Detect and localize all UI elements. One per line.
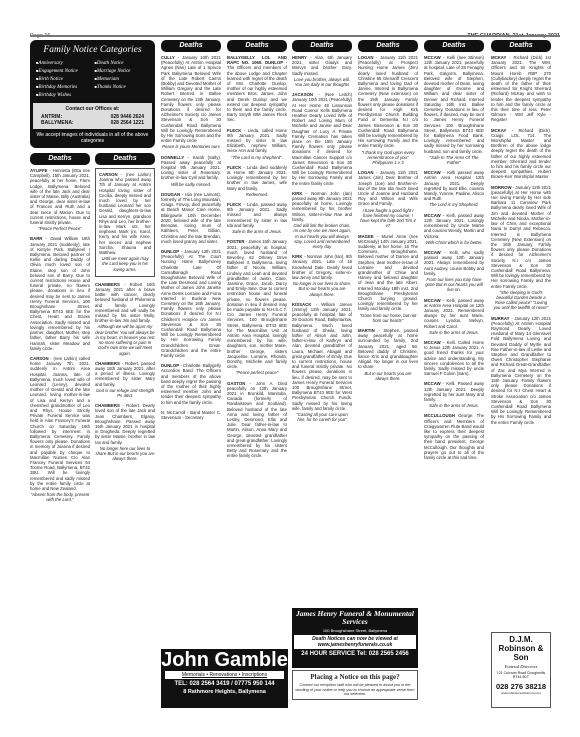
categories-list: Anniversary Death Notice Engagement Noti…	[33, 60, 152, 98]
notice-text: - January 11th 2021 (Peacefully) at Pros…	[358, 55, 418, 148]
notice-verse: I have fought a good fight I have finish…	[358, 208, 418, 229]
notice-verse: From our lives you may have gone But in …	[424, 277, 484, 293]
deaths-column-2: DeathsCARSON - (nee Larkin) Joanna who p…	[95, 153, 155, 613]
deaths-column-5: DeathsHENRY - Alan, 6th January 2021, si…	[292, 40, 352, 605]
notice-verse: Love you brother, always will. You are d…	[292, 77, 352, 87]
djm-website[interactable]: www.robinsonsofculcrum.com	[494, 691, 548, 695]
categories-footer: We accept images of individuals in all o…	[33, 132, 152, 144]
office-phone: 028 2564 1221	[111, 120, 144, 126]
gamble-phone: TEL: 028 2564 3419 / 07775 950 144	[161, 679, 288, 689]
death-notice: N. McCarroll - Band Master C. Stevenson …	[161, 410, 221, 420]
deaths-column-8: DeathsMCKAY - Richard (Dick) 1st January…	[491, 40, 551, 630]
deaths-header: Deaths	[30, 153, 90, 165]
deaths-header: Deaths	[491, 40, 551, 52]
death-notice: CHAMBERS - Robert, passed away 16th Janu…	[95, 361, 155, 398]
djm-phone: 028 276 38218	[494, 682, 548, 691]
placing-notice-box: Placing a Notice on this page? Contact o…	[292, 670, 418, 700]
notice-verse: Safe in the arms of Jesus.	[227, 229, 287, 234]
death-notice: MCKAY - Richard (Dick). Craigs LOL 714. …	[491, 128, 551, 180]
notice-verse: "Gone from our home, but not from our he…	[358, 313, 418, 323]
notice-text: - Isla (nee Lamont), formerly of The Lon…	[161, 192, 221, 244]
deaths-header: Deaths	[358, 40, 418, 52]
death-notice: MCCAW - Kelli, passed away 12th January …	[424, 213, 484, 245]
deaths-column-3: DeathsCULLY - January 10th 2021 (Peacefu…	[161, 40, 221, 640]
death-notice: DUNLOP - Charlotte. Ballygelly Accordion…	[161, 363, 221, 405]
notice-text: - January 10th 2021 (Peacefully) At Antr…	[161, 55, 221, 143]
notice-verse: Safe in the arms of Jesus.	[424, 330, 484, 335]
death-notice: MCCAW - Kelli passed away Antrim Area Ho…	[424, 170, 484, 207]
notice-text: - (nee Larkin) called home January 7th, …	[30, 356, 90, 491]
notice-verse: No longer here our lives to share But in…	[95, 446, 155, 462]
office-row: BALLYMENA:028 2564 1221	[41, 120, 144, 126]
death-notice: CARSON - (nee Larkin) called home Januar…	[30, 356, 90, 503]
notice-text: - Kelli (nee Stinson) 12th January 2021,…	[424, 55, 484, 154]
notice-text: - Charlotte. Ballygelly Accordion Band. …	[161, 363, 221, 404]
jh-website-line[interactable]: Death Notices can now be viewed at www.j…	[294, 635, 416, 649]
death-notice: AYLIFFE - Henrietta (Etta nee Campbell),…	[30, 168, 90, 231]
category-item: Memoriam	[95, 76, 150, 82]
notice-verse: No longer in our lives to share, But in …	[292, 281, 352, 297]
djm-sub: Funeral Directors	[494, 664, 548, 669]
office-name: BALLYMENA:	[41, 120, 74, 126]
category-item: Marriage Notice	[95, 68, 150, 74]
death-notice: DONNELLY - Sarah (Sally). Passed away pe…	[161, 155, 221, 187]
category-item: Birthday Memories	[36, 84, 91, 90]
deaths-column-4: DeathsBALLYGELLY LOL AND RAPC NO. 1060. …	[227, 40, 287, 640]
death-notice: CHAMBERS - Robert. Dearly loved son of t…	[95, 403, 155, 461]
notice-text: - January 12th 2021 (Peacefully) At Antr…	[491, 316, 551, 425]
categories-title: Family Notice Categories	[33, 45, 152, 55]
category-item: Thanks Notice	[95, 84, 150, 90]
death-notice: MCCULLOUGH George. The Officers and Memb…	[424, 413, 484, 460]
notice-verse: But in our hearts you are always there.	[358, 371, 418, 381]
notice-verse: "Peace Perfect Peace"	[30, 226, 90, 231]
death-notice: MARTIN - Stephen, passed away peacefully…	[358, 328, 418, 381]
notice-verse: Will be sadly missed.	[161, 182, 221, 187]
deaths-header: Deaths	[424, 40, 484, 52]
notice-text: - (Nee Leitch) January 10th 2021 (Peacef…	[292, 92, 352, 185]
notice-text: - Muriel Anne (nee McCready) 14th Januar…	[358, 234, 418, 312]
notice-text: - January 12th 2021 (peacefully) at Her …	[491, 185, 551, 289]
death-notice: FLECK - Linda, called Home 9th January 2…	[227, 128, 287, 160]
deaths-column-6: DeathsLOGAN - January 11th 2021 (Peacefu…	[358, 40, 418, 605]
placing-title: Placing a Notice on this page?	[295, 673, 415, 681]
notice-text: - Richard (Dick) 1st January 2021. The W…	[491, 55, 551, 122]
notice-verse: "Casting all your care upon him, for he …	[292, 412, 352, 422]
death-notice: MURRAY - January 12th 2021 (Peacefully) …	[491, 316, 551, 425]
death-notice: DOUGAN - Isla (nee Lamont), formerly of …	[161, 192, 221, 244]
notice-text: N. McCarroll - Band Master C. Stevenson …	[161, 410, 221, 420]
notice-verse: With Christ which is far better.	[424, 240, 484, 245]
death-notice: DUNLOP - January 13th 2021 (Peacefully) …	[161, 249, 221, 358]
death-notice: MAGEE - Muriel Anne (nee McCready) 14th …	[358, 234, 418, 323]
category-item: Death Notice	[95, 60, 150, 66]
notice-verse: God is our refuge and strength Ps 46v1	[95, 388, 155, 398]
notice-text: - James 16th January 2021, peacefully at…	[227, 239, 287, 369]
death-notice: MCCAW - Kelli. Called Home to Jesus 12th…	[424, 340, 484, 376]
death-notice: BALLYGELLY LOL AND RAPC NO. 1060. DUNLOP…	[227, 55, 287, 123]
john-gamble-ad: John Gamble Memorials • Renovations • In…	[161, 649, 288, 708]
djm-initials: D.J.M.	[494, 635, 548, 644]
death-notice: KISSACK - William James (Jimmy) 12th Jan…	[292, 302, 352, 423]
death-notice: MORROW - January 12th 2021 (peacefully) …	[491, 185, 551, 311]
notice-text: - William James (Jimmy) 12th January 202…	[292, 302, 352, 411]
notice-verse: The Lord is my Shepherd.	[424, 202, 484, 207]
notice-text: - Robert 16th January 2021 after a brave…	[95, 282, 155, 323]
death-notice: FLECK - Linda died suddenly at Home 9th …	[227, 165, 287, 197]
notice-text: - Kelli. Called Home to Jesus 12th Janua…	[424, 340, 484, 376]
notice-text: - (nee Larkin) Joanna who passed away 7t…	[99, 172, 151, 255]
notice-verse: Until we meet again may the Lord keep yo…	[99, 256, 151, 272]
notice-text: - David William 18th January 2021 (sudde…	[30, 236, 90, 350]
header-rule	[30, 35, 560, 37]
notice-verse: "Absent from the body, present with the …	[30, 492, 90, 502]
death-notice: JACKSON - (Nee Leitch) January 10th 2021…	[292, 92, 352, 186]
contact-title: Contact our Offices at:	[41, 106, 144, 112]
notice-verse: Peace is yours Memories ours	[161, 144, 221, 149]
death-notice: MCCAW - Kelli. Passed away 12th January …	[424, 381, 484, 408]
gamble-services: Memorials • Renovations • Inscriptions	[165, 671, 284, 679]
notice-verse: "I thank my God upon every remembrance o…	[358, 150, 418, 166]
death-notice: KIRK - Norman John (Ian), 8th January 20…	[292, 254, 352, 297]
james-henry-ad: James Henry Funeral & Monumental Service…	[292, 608, 418, 668]
djm-name: Robinson & Son	[494, 644, 548, 662]
notice-text: - John A. Died peacefully on 12th Januar…	[227, 381, 287, 459]
notice-name: BALLYGELLY LOL AND RAPC NO. 1060. DUNLOP	[227, 55, 287, 65]
death-notice: CHAMBERS - Robert 16th January 2021 afte…	[95, 282, 155, 356]
death-notice: LOGAN - January 11th 2021 (Peacefully) a…	[358, 55, 418, 165]
notice-text: - Norman John (Ian) passed away 8th Janu…	[292, 191, 352, 222]
djm-robinson-ad: D.J.M. Robinson & Son Funeral Directors …	[491, 632, 551, 708]
jh-address: 100 Broughshane Street, Ballymena	[292, 628, 418, 633]
gamble-name: John Gamble	[161, 649, 288, 671]
notice-verse: "Peace perfect peace"	[227, 370, 287, 375]
deaths-header: Deaths	[161, 40, 221, 52]
notice-verse: "She sleeping in God's beautiful Garden …	[491, 290, 551, 311]
category-item: Birthday Wishes	[36, 92, 91, 98]
death-notice: MCKAY - Richard (Dick) 1st January 2021.…	[491, 55, 551, 123]
death-notice: MCCAW - Kelli (nee Stinson) 12th January…	[424, 55, 484, 165]
death-notice: LOGAN - January 11th 2021 James (Jim) De…	[358, 170, 418, 228]
death-notice: BARR - David William 18th January 2021 (…	[30, 236, 90, 350]
notice-text: - January 11th 2021 James (Jim) Dear Bro…	[358, 170, 418, 206]
notice-verse: "The Lord is my shepherd".	[227, 155, 287, 160]
contact-box: Contact our Offices at: ANTRIM:028 9446 …	[33, 103, 152, 129]
notice-text: - The Officers and members of the above …	[227, 60, 287, 122]
death-notice: GASTON - John A. Died peacefully on 12th…	[227, 381, 287, 459]
death-notice: FOSTER - James 16th January 2021, peacef…	[227, 239, 287, 375]
notice-text: - Kelli passed away Antrim Area Hospital…	[424, 170, 484, 201]
notice-text: - Kelli, passed away at Antrim Area Hosp…	[424, 298, 484, 329]
notice-verse: God will link the broken chain, As one b…	[292, 223, 352, 249]
death-notice: MCCAW - Kelli, who sadly passed away 12t…	[424, 250, 484, 293]
notice-verse: Safe in the arms of Jesus.	[424, 403, 484, 408]
category-item: Birth Notice	[36, 76, 91, 82]
notice-text: - January 13th 2021 (Peacefully) At The …	[161, 249, 221, 358]
category-item: Engagement Notice	[36, 68, 91, 74]
page-header: Page 16 THE GUARDIAN, 21st January 2021	[30, 28, 560, 40]
death-notice: MCCAW - Kelli, passed away at Antrim Are…	[424, 298, 484, 335]
category-item: Anniversary	[36, 60, 91, 66]
deaths-column-7: DeathsMCCAW - Kelli (nee Stinson) 12th J…	[424, 40, 484, 700]
notice-verse: "Safe In The Arms Of The Father"	[424, 155, 484, 165]
notice-text: - Stephen, passed away peacefully at hom…	[358, 328, 418, 369]
jh-service-phone: 24 HOUR SERVICE Tel: 028 2565 2456	[292, 649, 418, 657]
family-notice-categories: Family Notice Categories Anniversary Dea…	[30, 40, 155, 148]
gamble-address: 8 Rathmore Heights, Ballymena	[161, 689, 288, 695]
notice-text: - Richard (Dick). Craigs LOL 714. The Wo…	[491, 128, 551, 180]
djm-address: 121 Culcrum Road Cloughmills BT44 9DT	[494, 671, 548, 679]
notice-text: - Robert. Dearly loved son of the late J…	[95, 403, 155, 444]
notice-verse: Redeemed.	[227, 192, 287, 197]
jh-title: James Henry Funeral & Monumental Service…	[292, 608, 418, 626]
death-notice: CARSON - (nee Larkin) Joanna who passed …	[95, 168, 155, 277]
deaths-header: Deaths	[292, 40, 352, 52]
death-notice: KIRK - Norman John (Ian) passed away 8th…	[292, 191, 352, 249]
placing-desc: Contact our reception staff who will be …	[295, 683, 415, 697]
deaths-header: Deaths	[95, 153, 155, 165]
notice-text: - Henrietta (Etta nee Campbell), 15th Ja…	[30, 168, 90, 225]
death-notice: FLECK - Linda, passed away 9th January 2…	[227, 202, 287, 234]
notice-text: George. The Officers and Members of Crai…	[424, 413, 484, 460]
death-notice: CULLY - January 10th 2021 (Peacefully) A…	[161, 55, 221, 150]
notice-verse: Although we will be apart my dear brothe…	[95, 324, 155, 355]
deaths-header: Deaths	[227, 40, 287, 52]
death-notice: HENRY - Alan, 6th January 2021, sister G…	[292, 55, 352, 87]
deaths-column-1: DeathsAYLIFFE - Henrietta (Etta nee Camp…	[30, 153, 90, 613]
